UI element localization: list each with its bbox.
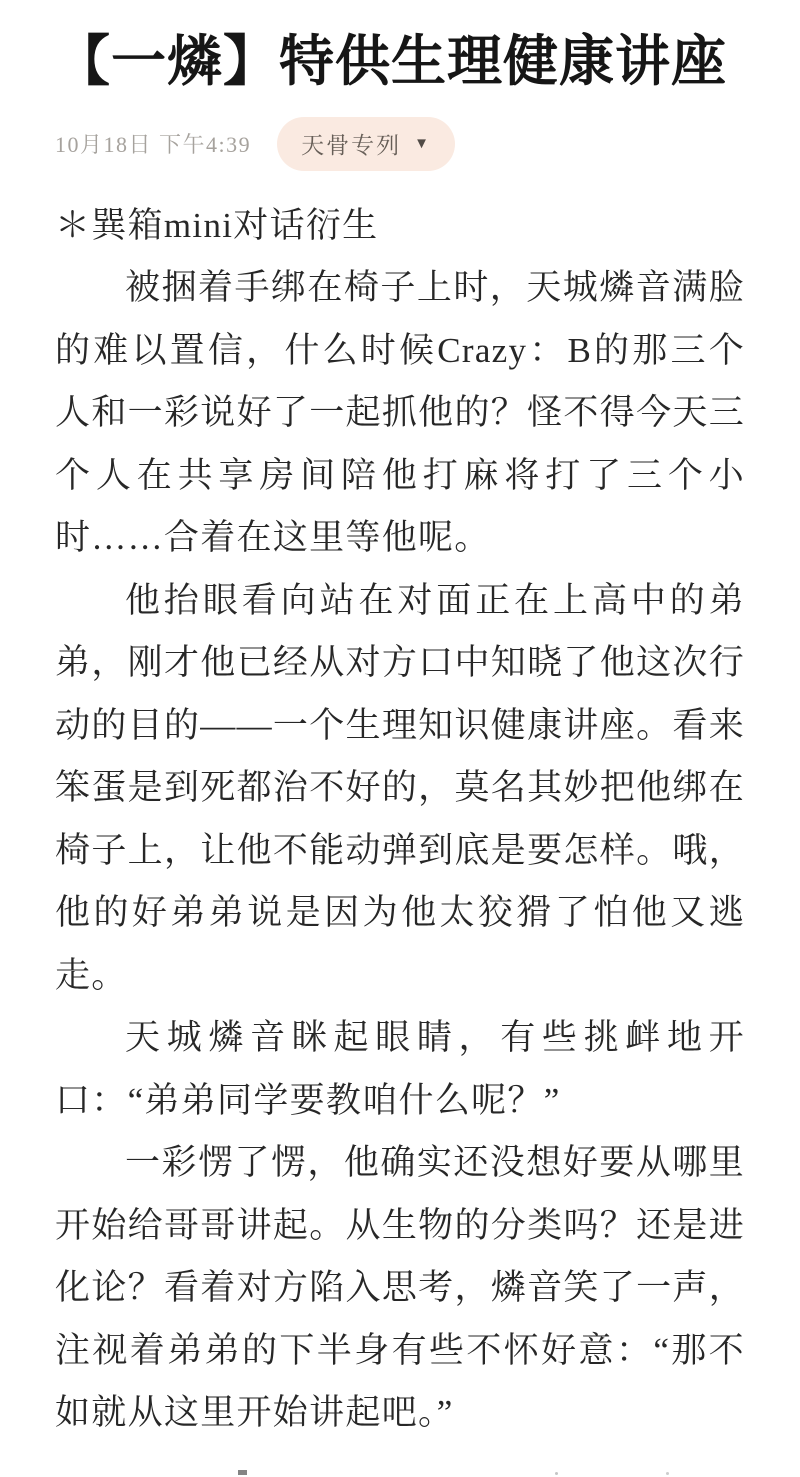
tag-pill[interactable]: 天骨专列 ▼ (277, 117, 455, 171)
triangle-down-icon: ▼ (414, 136, 431, 153)
page-title: 【一燐】特供生理健康讲座 (55, 30, 745, 95)
paragraph: 一彩愣了愣，他确实还没想好要从哪里开始给哥哥讲起。从生物的分类吗？还是进化论？看… (55, 1132, 745, 1445)
meta-row: 10月18日 下午4:39 天骨专列 ▼ (55, 117, 745, 171)
paragraph: 被捆着手绑在椅子上时，天城燐音满脸的难以置信，什么时候Crazy：B的那三个人和… (55, 257, 745, 570)
clipped-next-line (0, 1464, 800, 1477)
post-date: 10月18日 下午4:39 (55, 128, 251, 159)
article-body: ＊巽箱mini对话衍生 被捆着手绑在椅子上时，天城燐音满脸的难以置信，什么时候C… (55, 195, 745, 1445)
derivation-note: ＊巽箱mini对话衍生 (55, 195, 745, 258)
paragraph: 天城燐音眯起眼睛，有些挑衅地开口：“弟弟同学要教咱什么呢？” (55, 1007, 745, 1132)
article-page: 【一燐】特供生理健康讲座 10月18日 下午4:39 天骨专列 ▼ ＊巽箱min… (0, 0, 800, 1477)
tag-label: 天骨专列 (301, 127, 401, 160)
paragraph: 他抬眼看向站在对面正在上高中的弟弟，刚才他已经从对方口中知晓了他这次行动的目的—… (55, 570, 745, 1008)
